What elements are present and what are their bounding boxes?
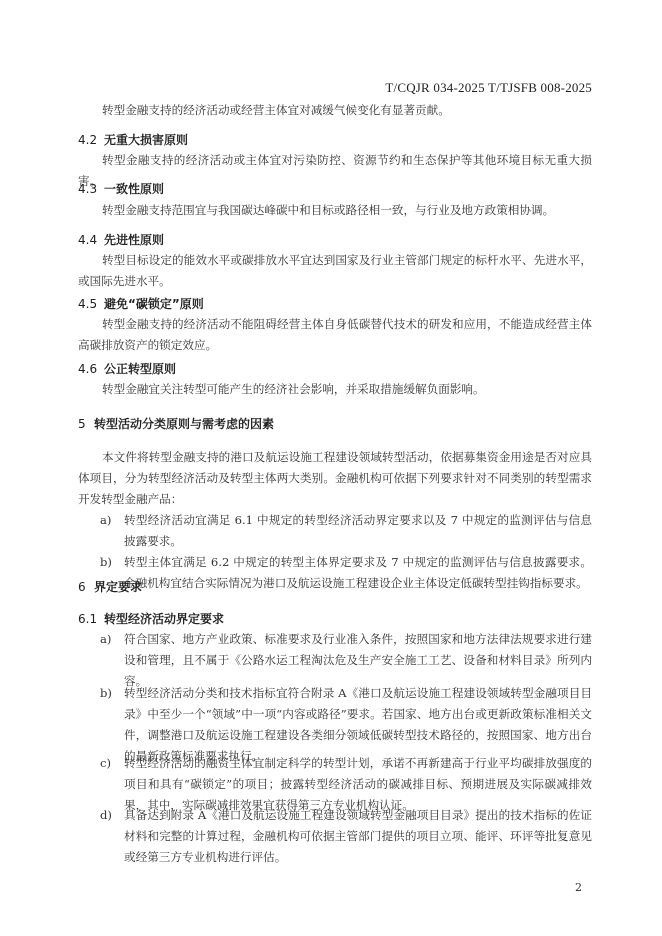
heading-title: 公正转型原则 [104,362,176,376]
list-marker: a) [100,629,124,650]
heading-6-1: 6.1转型经济活动界定要求 [78,610,224,627]
heading-title: 界定要求 [94,580,142,594]
list-item-5-a: a) 转型经济活动宜满足 6.1 中规定的转型经济活动界定要求以及 7 中规定的… [100,510,592,552]
list-text: 转型经济活动宜满足 6.1 中规定的转型经济活动界定要求以及 7 中规定的监测评… [124,510,592,552]
heading-5: 5转型活动分类原则与需考虑的因素 [78,415,274,432]
paragraph-5: 本文件将转型金融支持的港口及航运设施工程建设领域转型活动，依据募集资金用途是否对… [78,447,592,510]
list-text: 具备达到附录 A《港口及航运设施工程建设领域转型金融项目目录》提出的技术指标的佐… [124,805,592,868]
list-text: 转型主体宜满足 6.2 中规定的转型主体界定要求及 7 中规定的监测评估与信息披… [124,552,592,594]
heading-title: 无重大损害原则 [104,133,188,147]
heading-number: 6.1 [78,612,104,626]
heading-6: 6界定要求 [78,578,142,595]
heading-title: 一致性原则 [104,182,164,196]
paragraph-4-4: 转型目标设定的能效水平或碳排放水平宜达到国家及行业主管部门规定的标杆水平、先进水… [78,250,592,292]
heading-title: 先进性原则 [104,233,164,247]
heading-number: 4.3 [78,182,104,196]
list-marker: a) [100,510,124,531]
heading-4-6: 4.6公正转型原则 [78,360,176,377]
heading-number: 4.2 [78,133,104,147]
heading-number: 5 [78,417,94,431]
standard-code-header: T/CQJR 034-2025 T/TJSFB 008-2025 [385,80,592,96]
heading-number: 4.4 [78,233,104,247]
list-item-6-1-d: d) 具备达到附录 A《港口及航运设施工程建设领域转型金融项目目录》提出的技术指… [100,805,592,868]
page-number: 2 [575,881,582,894]
heading-4-4: 4.4先进性原则 [78,231,164,248]
list-item-5-b: b) 转型主体宜满足 6.2 中规定的转型主体界定要求及 7 中规定的监测评估与… [100,552,592,594]
list-marker: c) [100,753,124,774]
heading-4-5: 4.5避免“碳锁定”原则 [78,295,204,312]
heading-title: 避免“碳锁定”原则 [104,297,204,311]
list-marker: b) [100,552,124,573]
heading-number: 4.5 [78,297,104,311]
list-marker: b) [100,683,124,704]
list-marker: d) [100,805,124,826]
paragraph-4-1-tail: 转型金融支持的经济活动或经营主体宜对减缓气候变化有显著贡献。 [78,100,592,121]
heading-number: 6 [78,580,94,594]
heading-title: 转型活动分类原则与需考虑的因素 [94,417,274,431]
document-page: T/CQJR 034-2025 T/TJSFB 008-2025 转型金融支持的… [0,0,662,936]
heading-number: 4.6 [78,362,104,376]
paragraph-4-5: 转型金融支持的经济活动不能阻碍经营主体自身低碳替代技术的研发和应用，不能造成经营… [78,314,592,356]
heading-4-3: 4.3一致性原则 [78,180,164,197]
paragraph-4-3: 转型金融支持范围宜与我国碳达峰碳中和目标或路径相一致，与行业及地方政策相协调。 [78,200,592,221]
heading-4-2: 4.2无重大损害原则 [78,131,188,148]
heading-title: 转型经济活动界定要求 [104,612,224,626]
paragraph-4-6: 转型金融宜关注转型可能产生的经济社会影响，并采取措施缓解负面影响。 [78,379,592,400]
